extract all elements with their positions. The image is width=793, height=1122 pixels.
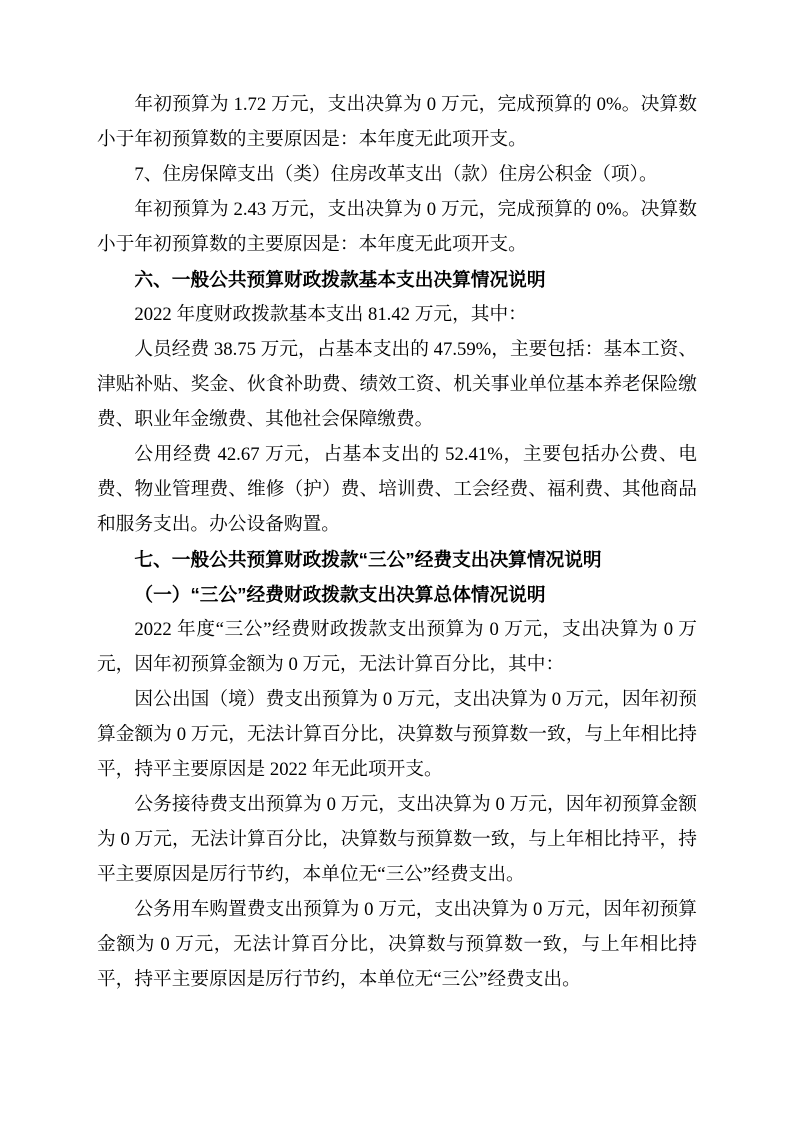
heading-section-7-sangong: 七、一般公共预算财政拨款“三公”经费支出决算情况说明 — [97, 542, 697, 577]
paragraph-public-expenses: 公用经费 42.67 万元，占基本支出的 52.41%，主要包括办公费、电费、物… — [97, 437, 697, 542]
paragraph-official-reception-expenses: 公务接待费支出预算为 0 万元，支出决算为 0 万元，因年初预算金额为 0 万元… — [97, 787, 697, 892]
paragraph-personnel-expenses: 人员经费 38.75 万元，占基本支出的 47.59%，主要包括：基本工资、津贴… — [97, 332, 697, 437]
paragraph-vehicle-purchase-expenses: 公务用车购置费支出预算为 0 万元，支出决算为 0 万元，因年初预算金额为 0 … — [97, 892, 697, 997]
paragraph-basic-expenditure-total: 2022 年度财政拨款基本支出 81.42 万元，其中： — [97, 297, 697, 332]
heading-section-7-1-overview: （一）“三公”经费财政拨款支出决算总体情况说明 — [97, 577, 697, 612]
paragraph-sangong-overview: 2022 年度“三公”经费财政拨款支出预算为 0 万元，支出决算为 0 万元，因… — [97, 612, 697, 682]
heading-section-6-basic-expenditure: 六、一般公共预算财政拨款基本支出决算情况说明 — [97, 262, 697, 297]
paragraph-item7-housing-fund: 7、住房保障支出（类）住房改革支出（款）住房公积金（项）。 — [97, 157, 697, 192]
paragraph-prev-item-budget-result: 年初预算为 1.72 万元，支出决算为 0 万元，完成预算的 0%。决算数小于年… — [97, 87, 697, 157]
paragraph-item7-budget-result: 年初预算为 2.43 万元，支出决算为 0 万元，完成预算的 0%。决算数小于年… — [97, 192, 697, 262]
paragraph-overseas-trip-expenses: 因公出国（境）费支出预算为 0 万元，支出决算为 0 万元，因年初预算金额为 0… — [97, 682, 697, 787]
document-page: 年初预算为 1.72 万元，支出决算为 0 万元，完成预算的 0%。决算数小于年… — [0, 0, 793, 1122]
